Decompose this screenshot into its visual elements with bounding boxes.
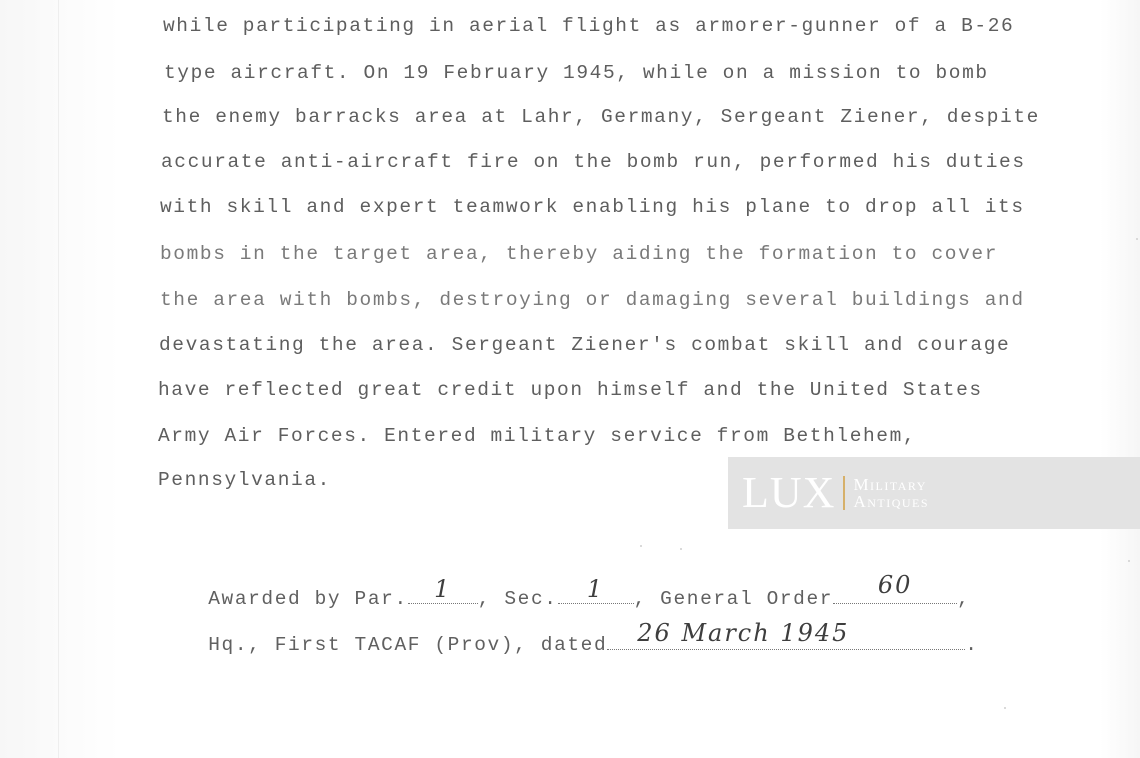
body-line: accurate anti-aircraft fire on the bomb … (161, 150, 1026, 174)
date-field: 26 March 1945 (607, 629, 965, 650)
watermark-line1: Military (853, 476, 929, 493)
watermark-divider (843, 476, 845, 510)
sec-field: 1 (558, 583, 634, 604)
document-page: while participating in aerial flight as … (0, 0, 1140, 758)
date-handwritten: 26 March 1945 (637, 621, 965, 645)
watermark-banner: LUX Military Antiques (728, 457, 1140, 529)
paper-speck (1004, 707, 1006, 709)
body-line: have reflected great credit upon himself… (158, 378, 983, 402)
watermark-brand: LUX (742, 471, 835, 515)
body-line: Army Air Forces. Entered military servic… (158, 424, 916, 448)
watermark-line2: Antiques (853, 493, 929, 510)
watermark-subtitle: Military Antiques (853, 476, 929, 510)
par-field: 1 (408, 583, 478, 604)
body-line: with skill and expert teamwork enabling … (160, 195, 1025, 219)
body-line: type aircraft. On 19 February 1945, whil… (164, 61, 989, 85)
hq-dated-label: Hq., First TACAF (Prov), dated (208, 634, 607, 656)
body-line: the area with bombs, destroying or damag… (160, 288, 1025, 312)
body-line: Pennsylvania. (158, 468, 331, 492)
body-line: bombs in the target area, thereby aiding… (160, 242, 998, 266)
paper-speck (1128, 560, 1130, 562)
sec-handwritten: 1 (558, 577, 634, 601)
body-line: while participating in aerial flight as … (163, 14, 1014, 38)
paper-speck (680, 548, 682, 550)
paper-speck (838, 336, 840, 338)
paper-speck (1136, 238, 1138, 240)
body-line: devastating the area. Sergeant Ziener's … (159, 333, 1010, 357)
paper-speck (640, 545, 642, 547)
general-order-handwritten: 60 (833, 573, 957, 597)
award-line-2: Hq., First TACAF (Prov), dated26 March 1… (155, 605, 979, 681)
body-line: the enemy barracks area at Lahr, Germany… (162, 105, 1040, 129)
par-handwritten: 1 (408, 577, 478, 601)
general-order-field: 60 (833, 583, 957, 604)
paper-edge (58, 0, 59, 758)
line2-end-punct: . (965, 634, 978, 656)
